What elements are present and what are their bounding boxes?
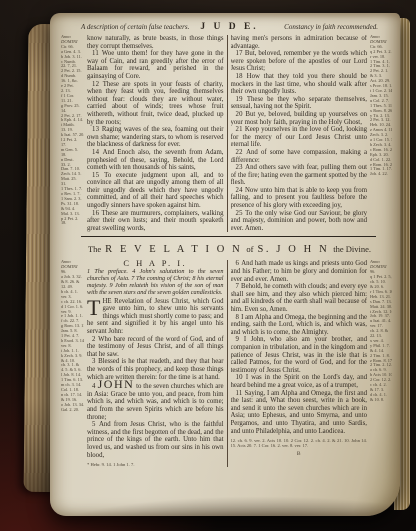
- revelation-margin-left: AnnoDOMINI96.a Joh. 3. 32.& 8. 26. &12. …: [61, 260, 84, 467]
- verse: 12 These are spots in your feasts of cha…: [87, 81, 224, 127]
- verse: 17 But, beloved, remember ye the words w…: [231, 50, 368, 73]
- verse: 20 But ye, beloved, building up yourselv…: [231, 111, 368, 126]
- verse-number: 25: [236, 210, 246, 217]
- verse-number: 11: [236, 390, 245, 397]
- verse: 4 JOHN to the seven churches which are i…: [87, 381, 224, 421]
- jude-column-2: having men's persons in admiration becau…: [231, 35, 368, 232]
- verse: 15 To execute judgment upon all, and to …: [87, 172, 224, 210]
- verse-number: 21: [236, 126, 245, 133]
- verse: 22 And of some have compassion, making a…: [231, 149, 368, 164]
- revelation-verses-2: 6 And hath made us kings and priests unt…: [231, 260, 368, 435]
- verse: 18 How that they told you there should b…: [231, 73, 368, 96]
- margin-note: & 10. 8.: [370, 398, 392, 403]
- title-word-revelation: R E V E L A T I O N: [105, 244, 242, 255]
- revelation-section: The R E V E L A T I O N of S. J O H N th…: [61, 239, 392, 467]
- verse-number: 9: [236, 336, 244, 343]
- jude-column-1: know naturally, as brute beasts, in thos…: [87, 35, 224, 232]
- page-content: A description of certain false teachers.…: [61, 22, 392, 506]
- photo-backdrop: { "photo": { "background_color": "#14100…: [0, 0, 416, 531]
- revelation-margin-right: AnnoDOMINI96.q 1 Pet. 2. 5, 9.ch. 5. 10.…: [370, 260, 392, 467]
- verse-number: 2: [92, 336, 98, 343]
- verse-number: 10: [236, 374, 246, 381]
- verse: 6 And hath made us kings and priests unt…: [231, 260, 368, 283]
- lead-capitals: JOHN: [98, 377, 135, 391]
- revelation-columns: AnnoDOMINI96.a Joh. 3. 32.& 8. 26. &12. …: [61, 260, 392, 467]
- verse-number: 18: [236, 73, 247, 80]
- verse: 24 Now unto him that is able to keep you…: [231, 187, 368, 210]
- verse: 5 And from Jesus Christ, who is the fait…: [87, 421, 224, 459]
- jude-margin-left: AnnoDOMINICir. 66.a Gen. 4. 3.b Job. 3. …: [61, 35, 84, 232]
- verse-number: 11: [92, 50, 102, 57]
- revelation-verses-1: THE Revelation of Jesus Christ, which Go…: [87, 298, 224, 459]
- verse: 11 Woe unto them! for they have gone in …: [87, 50, 224, 80]
- revelation-title: The R E V E L A T I O N of S. J O H N th…: [77, 239, 382, 257]
- verse: 11 Saying, I am Alpha and Omega, the fir…: [231, 390, 368, 436]
- verse: 25 To the only wise God our Saviour, be …: [231, 210, 368, 233]
- section-rule: [81, 236, 376, 237]
- drop-cap: T: [87, 298, 102, 316]
- verse-number: 15: [92, 172, 104, 179]
- verse-number: 13: [92, 126, 102, 133]
- title-word-of: of: [246, 244, 253, 254]
- verse: 2 Who bare record of the word of God, an…: [87, 336, 224, 359]
- book-title-jude: J U D E.: [194, 22, 264, 32]
- verse-number: 17: [236, 50, 245, 57]
- verse-number: 22: [236, 149, 247, 156]
- running-head: A description of certain false teachers.…: [81, 22, 378, 32]
- verse-number: 14: [92, 149, 103, 156]
- verse-number: 5: [92, 421, 99, 428]
- verse: 14 And Enoch also, the seventh from Adam…: [87, 149, 224, 172]
- verse: 8 I am Alpha and Omega, the beginning an…: [231, 314, 368, 337]
- column-divider: [227, 35, 228, 232]
- signature-mark: B: [231, 451, 368, 459]
- verse-number: 23: [236, 164, 246, 171]
- verse: 10 I was in the Spirit on the Lord's day…: [231, 374, 368, 389]
- verse-number: 24: [236, 187, 245, 194]
- verse: 21 Keep yourselves in the love of God, l…: [231, 126, 368, 149]
- verse: 16 These are murmurers, complainers, wal…: [87, 210, 224, 233]
- verse: 13 Raging waves of the sea, foaming out …: [87, 126, 224, 149]
- verse-number: 20: [236, 111, 246, 118]
- verse-number: 6: [236, 260, 242, 267]
- revelation-footnote-left: * Hebr. 9. 14. 1 John 1. 7.: [87, 462, 224, 467]
- verse-number: 3: [92, 358, 98, 365]
- title-word-the-divine: the Divine.: [333, 244, 371, 254]
- verse: having men's persons in admiration becau…: [231, 35, 368, 50]
- verse-number: 19: [236, 96, 247, 103]
- column-divider: [227, 260, 228, 467]
- verse: 19 These be they who separate themselves…: [231, 96, 368, 111]
- verse-number: 16: [92, 210, 102, 217]
- revelation-column-1: C H A P. I. 1 The preface. 4 John's salu…: [87, 260, 224, 467]
- margin-note: 18.: [61, 221, 84, 226]
- margin-note: Gal. 2. 20.: [61, 408, 84, 413]
- revelation-column-2: 6 And hath made us kings and priests unt…: [231, 260, 368, 467]
- jude-section: A description of certain false teachers.…: [61, 22, 392, 232]
- verse: 23 And others save with fear, pulling th…: [231, 164, 368, 187]
- revelation-footnote-right: 12. ch. 6. 9. ver. 2. Acts 10. 10. 2 Cor…: [231, 438, 368, 449]
- margin-note: Joh. 4. 22.: [370, 172, 392, 177]
- book-page: A description of certain false teachers.…: [50, 13, 400, 516]
- title-word-the: The: [88, 244, 101, 254]
- verse: THE Revelation of Jesus Christ, which Go…: [87, 298, 224, 336]
- verse-number: 12: [92, 81, 103, 88]
- jude-columns: AnnoDOMINICir. 66.a Gen. 4. 3.b Job. 3. …: [61, 35, 392, 232]
- verse: know naturally, as brute beasts, in thos…: [87, 35, 224, 50]
- verse: 7 Behold, he cometh with clouds; and eve…: [231, 283, 368, 313]
- running-head-right: Constancy in faith recommended.: [265, 23, 378, 31]
- verse-number: 8: [236, 314, 242, 321]
- verse: 9 I John, who also am your brother, and …: [231, 336, 368, 374]
- chap-heading: C H A P. I.: [87, 260, 224, 268]
- verse-number: 7: [236, 283, 242, 290]
- jude-margin-right: AnnoDOMINICir. 66.q 2 Pet. 3. 2.r ver. 1…: [370, 35, 392, 232]
- title-word-s-john: S. J O H N: [257, 244, 329, 255]
- running-head-left: A description of certain false teachers.: [81, 23, 194, 31]
- chapter-summary: 1 The preface. 4 John's salutation to th…: [87, 269, 224, 297]
